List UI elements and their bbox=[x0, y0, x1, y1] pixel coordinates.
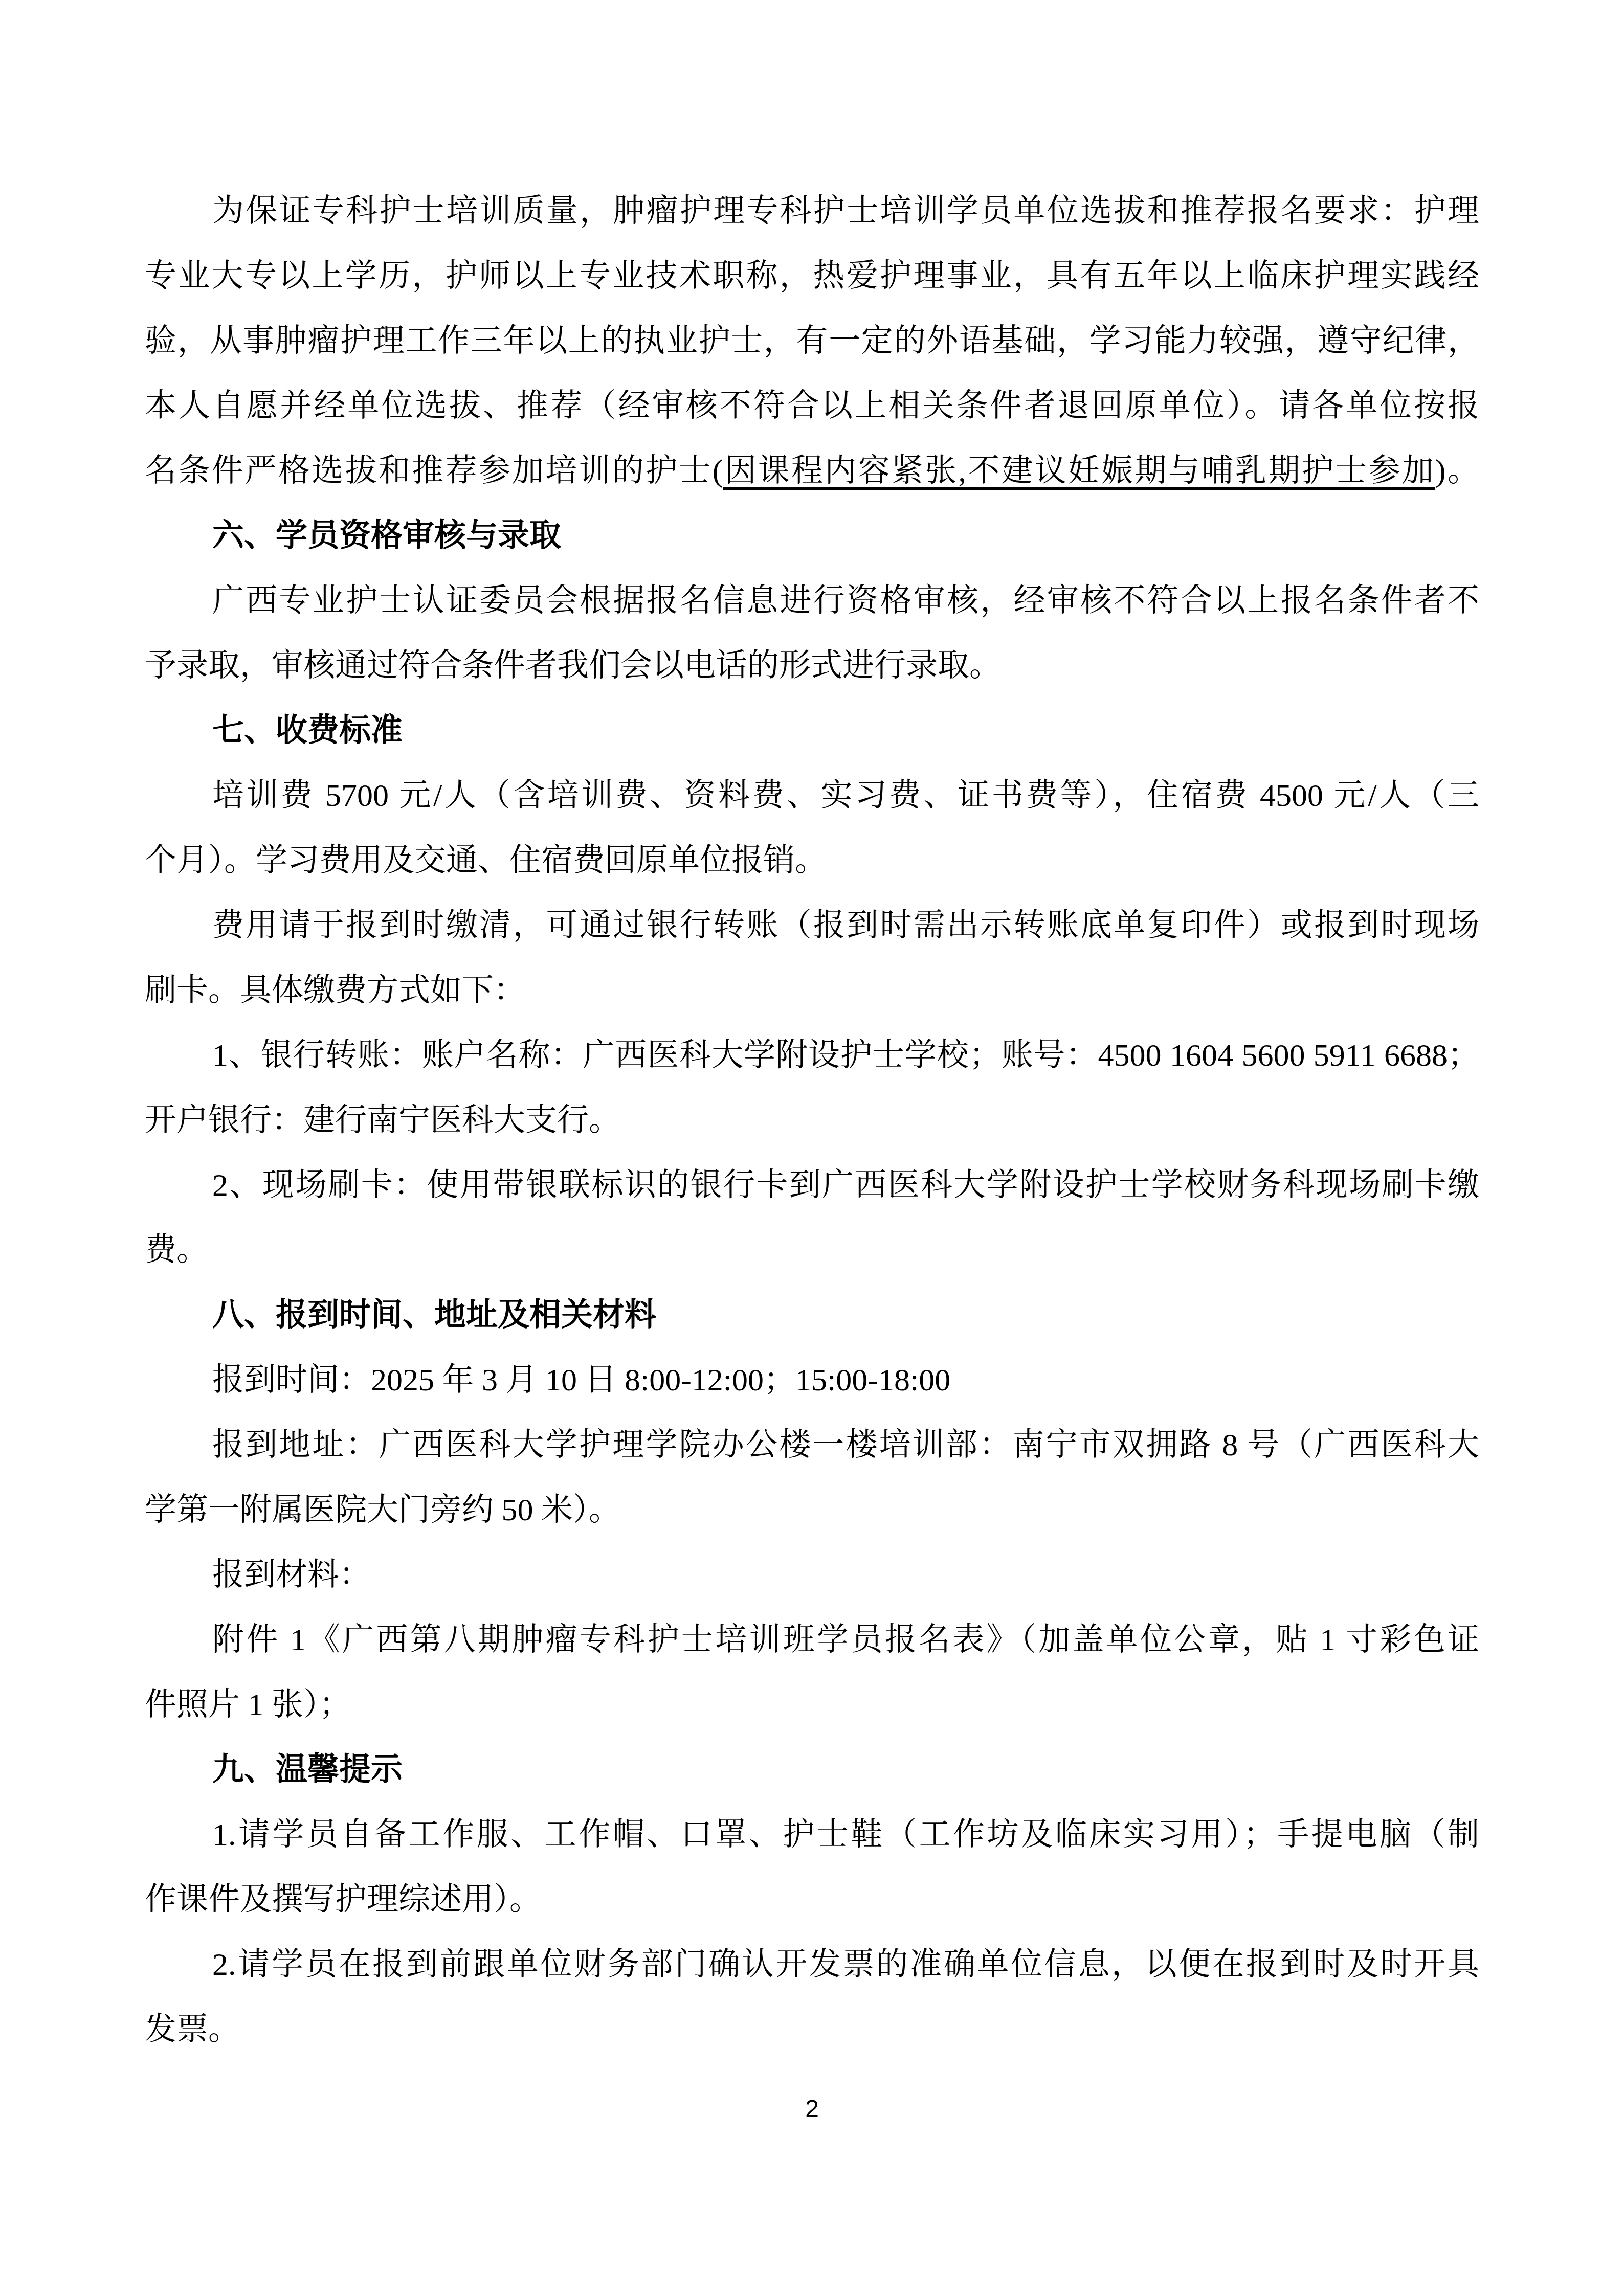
text-segment: 个月）。学习费用及交通、住宿费回原单位报销。 bbox=[145, 843, 827, 878]
text-segment: 费用请于报到时缴清，可通过银行转账（报到时需出示转账底单复印件）或报到时现场 bbox=[212, 908, 1479, 943]
section-heading: 六、学员资格审核与录取 bbox=[145, 504, 1479, 569]
text-segment: 培训费 5700 元/人（含培训费、资料费、实习费、证书费等），住宿费 4500… bbox=[212, 778, 1479, 813]
section-heading: 八、报到时间、地址及相关材料 bbox=[145, 1283, 1479, 1348]
document-line: 1、银行转账：账户名称：广西医科大学附设护士学校；账号：4500 1604 56… bbox=[145, 1023, 1479, 1088]
text-segment: 专业大专以上学历，护师以上专业技术职称，热爱护理事业，具有五年以上临床护理实践经 bbox=[145, 259, 1479, 294]
text-segment: )。 bbox=[1435, 454, 1479, 488]
text-segment: 1.请学员自备工作服、工作帽、口罩、护士鞋（工作坊及临床实习用）；手提电脑（制 bbox=[212, 1817, 1479, 1852]
document-line: 刷卡。具体缴费方式如下： bbox=[145, 958, 1479, 1023]
document-body: 为保证专科护士培训质量，肿瘤护理专科护士培训学员单位选拔和推荐报名要求：护理专业… bbox=[145, 179, 1479, 2062]
underlined-text: 因课程内容紧张,不建议妊娠期与哺乳期护士参加 bbox=[723, 454, 1435, 488]
document-line: 附件 1《广西第八期肿瘤专科护士培训班学员报名表》（加盖单位公章，贴 1 寸彩色… bbox=[145, 1608, 1479, 1673]
text-segment: 本人自愿并经单位选拔、推荐（经审核不符合以上相关条件者退回原单位）。请各单位按报 bbox=[145, 389, 1479, 423]
document-line: 为保证专科护士培训质量，肿瘤护理专科护士培训学员单位选拔和推荐报名要求：护理 bbox=[145, 179, 1479, 244]
section-heading: 九、温馨提示 bbox=[145, 1738, 1479, 1803]
text-segment: 验，从事肿瘤护理工作三年以上的执业护士，有一定的外语基础，学习能力较强，遵守纪律… bbox=[145, 324, 1479, 358]
text-segment: 八、报到时间、地址及相关材料 bbox=[212, 1298, 656, 1333]
document-line: 验，从事肿瘤护理工作三年以上的执业护士，有一定的外语基础，学习能力较强，遵守纪律… bbox=[145, 309, 1479, 374]
document-line: 报到时间：2025 年 3 月 10 日 8:00-12:00；15:00-18… bbox=[145, 1348, 1479, 1413]
text-segment: 九、温馨提示 bbox=[212, 1752, 403, 1787]
document-line: 培训费 5700 元/人（含培训费、资料费、实习费、证书费等），住宿费 4500… bbox=[145, 763, 1479, 828]
text-segment: 报到时间：2025 年 3 月 10 日 8:00-12:00；15:00-18… bbox=[212, 1363, 950, 1398]
document-line: 报到材料： bbox=[145, 1543, 1479, 1608]
text-segment: 学第一附属医院大门旁约 50 米）。 bbox=[145, 1493, 620, 1527]
text-segment: 1、银行转账：账户名称：广西医科大学附设护士学校；账号：4500 1604 56… bbox=[212, 1038, 1479, 1073]
document-line: 2.请学员在报到前跟单位财务部门确认开发票的准确单位信息，以便在报到时及时开具 bbox=[145, 1932, 1479, 1997]
text-segment: 2.请学员在报到前跟单位财务部门确认开发票的准确单位信息，以便在报到时及时开具 bbox=[212, 1947, 1479, 1982]
text-segment: 报到材料： bbox=[212, 1558, 371, 1592]
text-segment: 广西专业护士认证委员会根据报名信息进行资格审核，经审核不符合以上报名条件者不 bbox=[212, 583, 1479, 618]
page-number: 2 bbox=[0, 2094, 1624, 2125]
document-line: 2、现场刷卡：使用带银联标识的银行卡到广西医科大学附设护士学校财务科现场刷卡缴 bbox=[145, 1153, 1479, 1218]
document-line: 作课件及撰写护理综述用）。 bbox=[145, 1867, 1479, 1932]
text-segment: 报到地址：广西医科大学护理学院办公楼一楼培训部：南宁市双拥路 8 号（广西医科大 bbox=[212, 1428, 1479, 1462]
text-segment: 为保证专科护士培训质量，肿瘤护理专科护士培训学员单位选拔和推荐报名要求：护理 bbox=[212, 194, 1479, 229]
document-line: 件照片 1 张）； bbox=[145, 1673, 1479, 1738]
document-line: 学第一附属医院大门旁约 50 米）。 bbox=[145, 1478, 1479, 1543]
text-segment: 六、学员资格审核与录取 bbox=[212, 519, 561, 553]
document-line: 发票。 bbox=[145, 1997, 1479, 2062]
document-line: 名条件严格选拔和推荐参加培训的护士(因课程内容紧张,不建议妊娠期与哺乳期护士参加… bbox=[145, 439, 1479, 504]
text-segment: 七、收费标准 bbox=[212, 713, 403, 748]
document-line: 费用请于报到时缴清，可通过银行转账（报到时需出示转账底单复印件）或报到时现场 bbox=[145, 893, 1479, 958]
text-segment: 名条件严格选拔和推荐参加培训的护士( bbox=[145, 454, 723, 488]
text-segment: 件照片 1 张）； bbox=[145, 1687, 351, 1722]
document-line: 广西专业护士认证委员会根据报名信息进行资格审核，经审核不符合以上报名条件者不 bbox=[145, 569, 1479, 634]
text-segment: 予录取，审核通过符合条件者我们会以电话的形式进行录取。 bbox=[145, 648, 1001, 683]
text-segment: 刷卡。具体缴费方式如下： bbox=[145, 973, 525, 1008]
document-line: 报到地址：广西医科大学护理学院办公楼一楼培训部：南宁市双拥路 8 号（广西医科大 bbox=[145, 1413, 1479, 1478]
text-segment: 附件 1《广西第八期肿瘤专科护士培训班学员报名表》（加盖单位公章，贴 1 寸彩色… bbox=[212, 1623, 1479, 1657]
document-page: 为保证专科护士培训质量，肿瘤护理专科护士培训学员单位选拔和推荐报名要求：护理专业… bbox=[0, 0, 1624, 2296]
section-heading: 七、收费标准 bbox=[145, 699, 1479, 763]
text-segment: 发票。 bbox=[145, 2012, 240, 2047]
document-line: 1.请学员自备工作服、工作帽、口罩、护士鞋（工作坊及临床实习用）；手提电脑（制 bbox=[145, 1803, 1479, 1867]
document-line: 开户银行：建行南宁医科大支行。 bbox=[145, 1088, 1479, 1153]
document-line: 本人自愿并经单位选拔、推荐（经审核不符合以上相关条件者退回原单位）。请各单位按报 bbox=[145, 374, 1479, 439]
document-line: 予录取，审核通过符合条件者我们会以电话的形式进行录取。 bbox=[145, 634, 1479, 699]
document-line: 费。 bbox=[145, 1218, 1479, 1283]
document-line: 个月）。学习费用及交通、住宿费回原单位报销。 bbox=[145, 828, 1479, 893]
document-line: 专业大专以上学历，护师以上专业技术职称，热爱护理事业，具有五年以上临床护理实践经 bbox=[145, 244, 1479, 309]
text-segment: 2、现场刷卡：使用带银联标识的银行卡到广西医科大学附设护士学校财务科现场刷卡缴 bbox=[212, 1168, 1479, 1203]
text-segment: 作课件及撰写护理综述用）。 bbox=[145, 1882, 541, 1917]
text-segment: 开户银行：建行南宁医科大支行。 bbox=[145, 1103, 620, 1138]
text-segment: 费。 bbox=[145, 1233, 208, 1268]
